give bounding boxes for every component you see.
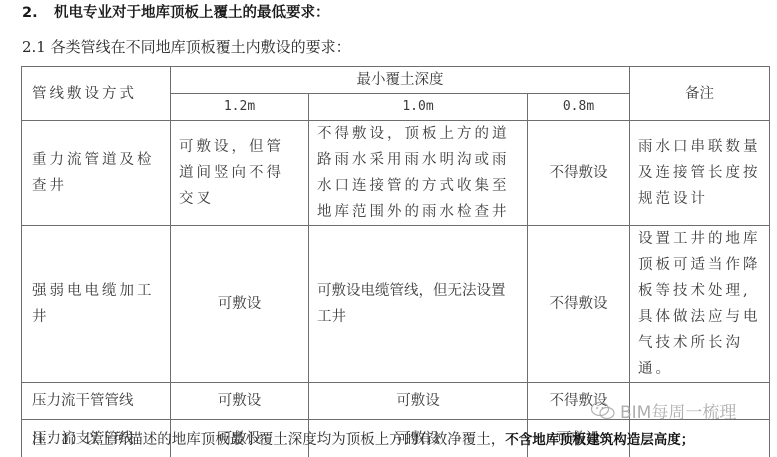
footnote-text: 注：1）以上所描述的地库顶板最小覆土深度均为顶板上方的有效净覆土， [32, 432, 505, 448]
footnote-bold-text: 不含地库顶板建筑构造层高度； [505, 432, 694, 448]
cell-depth-0-8: 不得敷设 [528, 226, 630, 383]
header-row: 管线敷设方式 最小覆土深度 备注 [22, 67, 770, 94]
header-remarks: 备注 [630, 67, 770, 121]
cell-method: 强弱电电缆加工井 [22, 226, 171, 383]
cell-method: 压力流干管管线 [22, 383, 171, 420]
cell-depth-0-8: 不得敷设 [528, 121, 630, 226]
cell-depth-1-0: 可敷设 [309, 383, 528, 420]
section-heading: 2.机电专业对于地库顶板上覆土的最低要求： [22, 1, 330, 22]
header-depth-1-2: 1.2m [171, 94, 309, 121]
header-depth-1-0: 1.0m [309, 94, 528, 121]
table-row: 强弱电电缆加工井 可敷设 可敷设电缆管线，但无法设置工井 不得敷设 设置工井的地… [22, 226, 770, 383]
header-depth-group: 最小覆土深度 [171, 67, 630, 94]
table-row: 重力流管道及检查井 可敷设，但管道间竖向不得交叉 不得敷设，顶板上方的道路雨水采… [22, 121, 770, 226]
header-depth-0-8: 0.8m [528, 94, 630, 121]
cell-depth-1-2: 可敷设 [171, 226, 309, 383]
watermark-text: BIM每周一梳理 [620, 398, 736, 423]
footnote: 注：1）以上所描述的地库顶板最小覆土深度均为顶板上方的有效净覆土，不含地库顶板建… [32, 428, 694, 449]
cell-remarks: 设置工井的地库顶板可适当作降板等技术处理,具体做法应与电气技术所长沟通。 [630, 226, 770, 383]
wechat-icon [590, 401, 616, 421]
cell-depth-1-2: 可敷设，但管道间竖向不得交叉 [171, 121, 309, 226]
section-title: 机电专业对于地库顶板上覆土的最低要求： [54, 5, 330, 21]
cell-depth-1-0: 可敷设电缆管线，但无法设置工井 [309, 226, 528, 383]
cell-depth-1-0: 不得敷设，顶板上方的道路雨水采用雨水明沟或雨水口连接管的方式收集至地库范围外的雨… [309, 121, 528, 226]
section-number: 2. [22, 5, 54, 21]
cell-depth-1-2: 可敷设 [171, 383, 309, 420]
watermark: BIM每周一梳理 [590, 398, 736, 423]
header-method: 管线敷设方式 [22, 67, 171, 121]
cell-remarks: 雨水口串联数量及连接管长度按规范设计 [630, 121, 770, 226]
subsection-heading: 2.1 各类管线在不同地库顶板覆土内敷设的要求： [22, 36, 351, 57]
cell-method: 重力流管道及检查井 [22, 121, 171, 226]
